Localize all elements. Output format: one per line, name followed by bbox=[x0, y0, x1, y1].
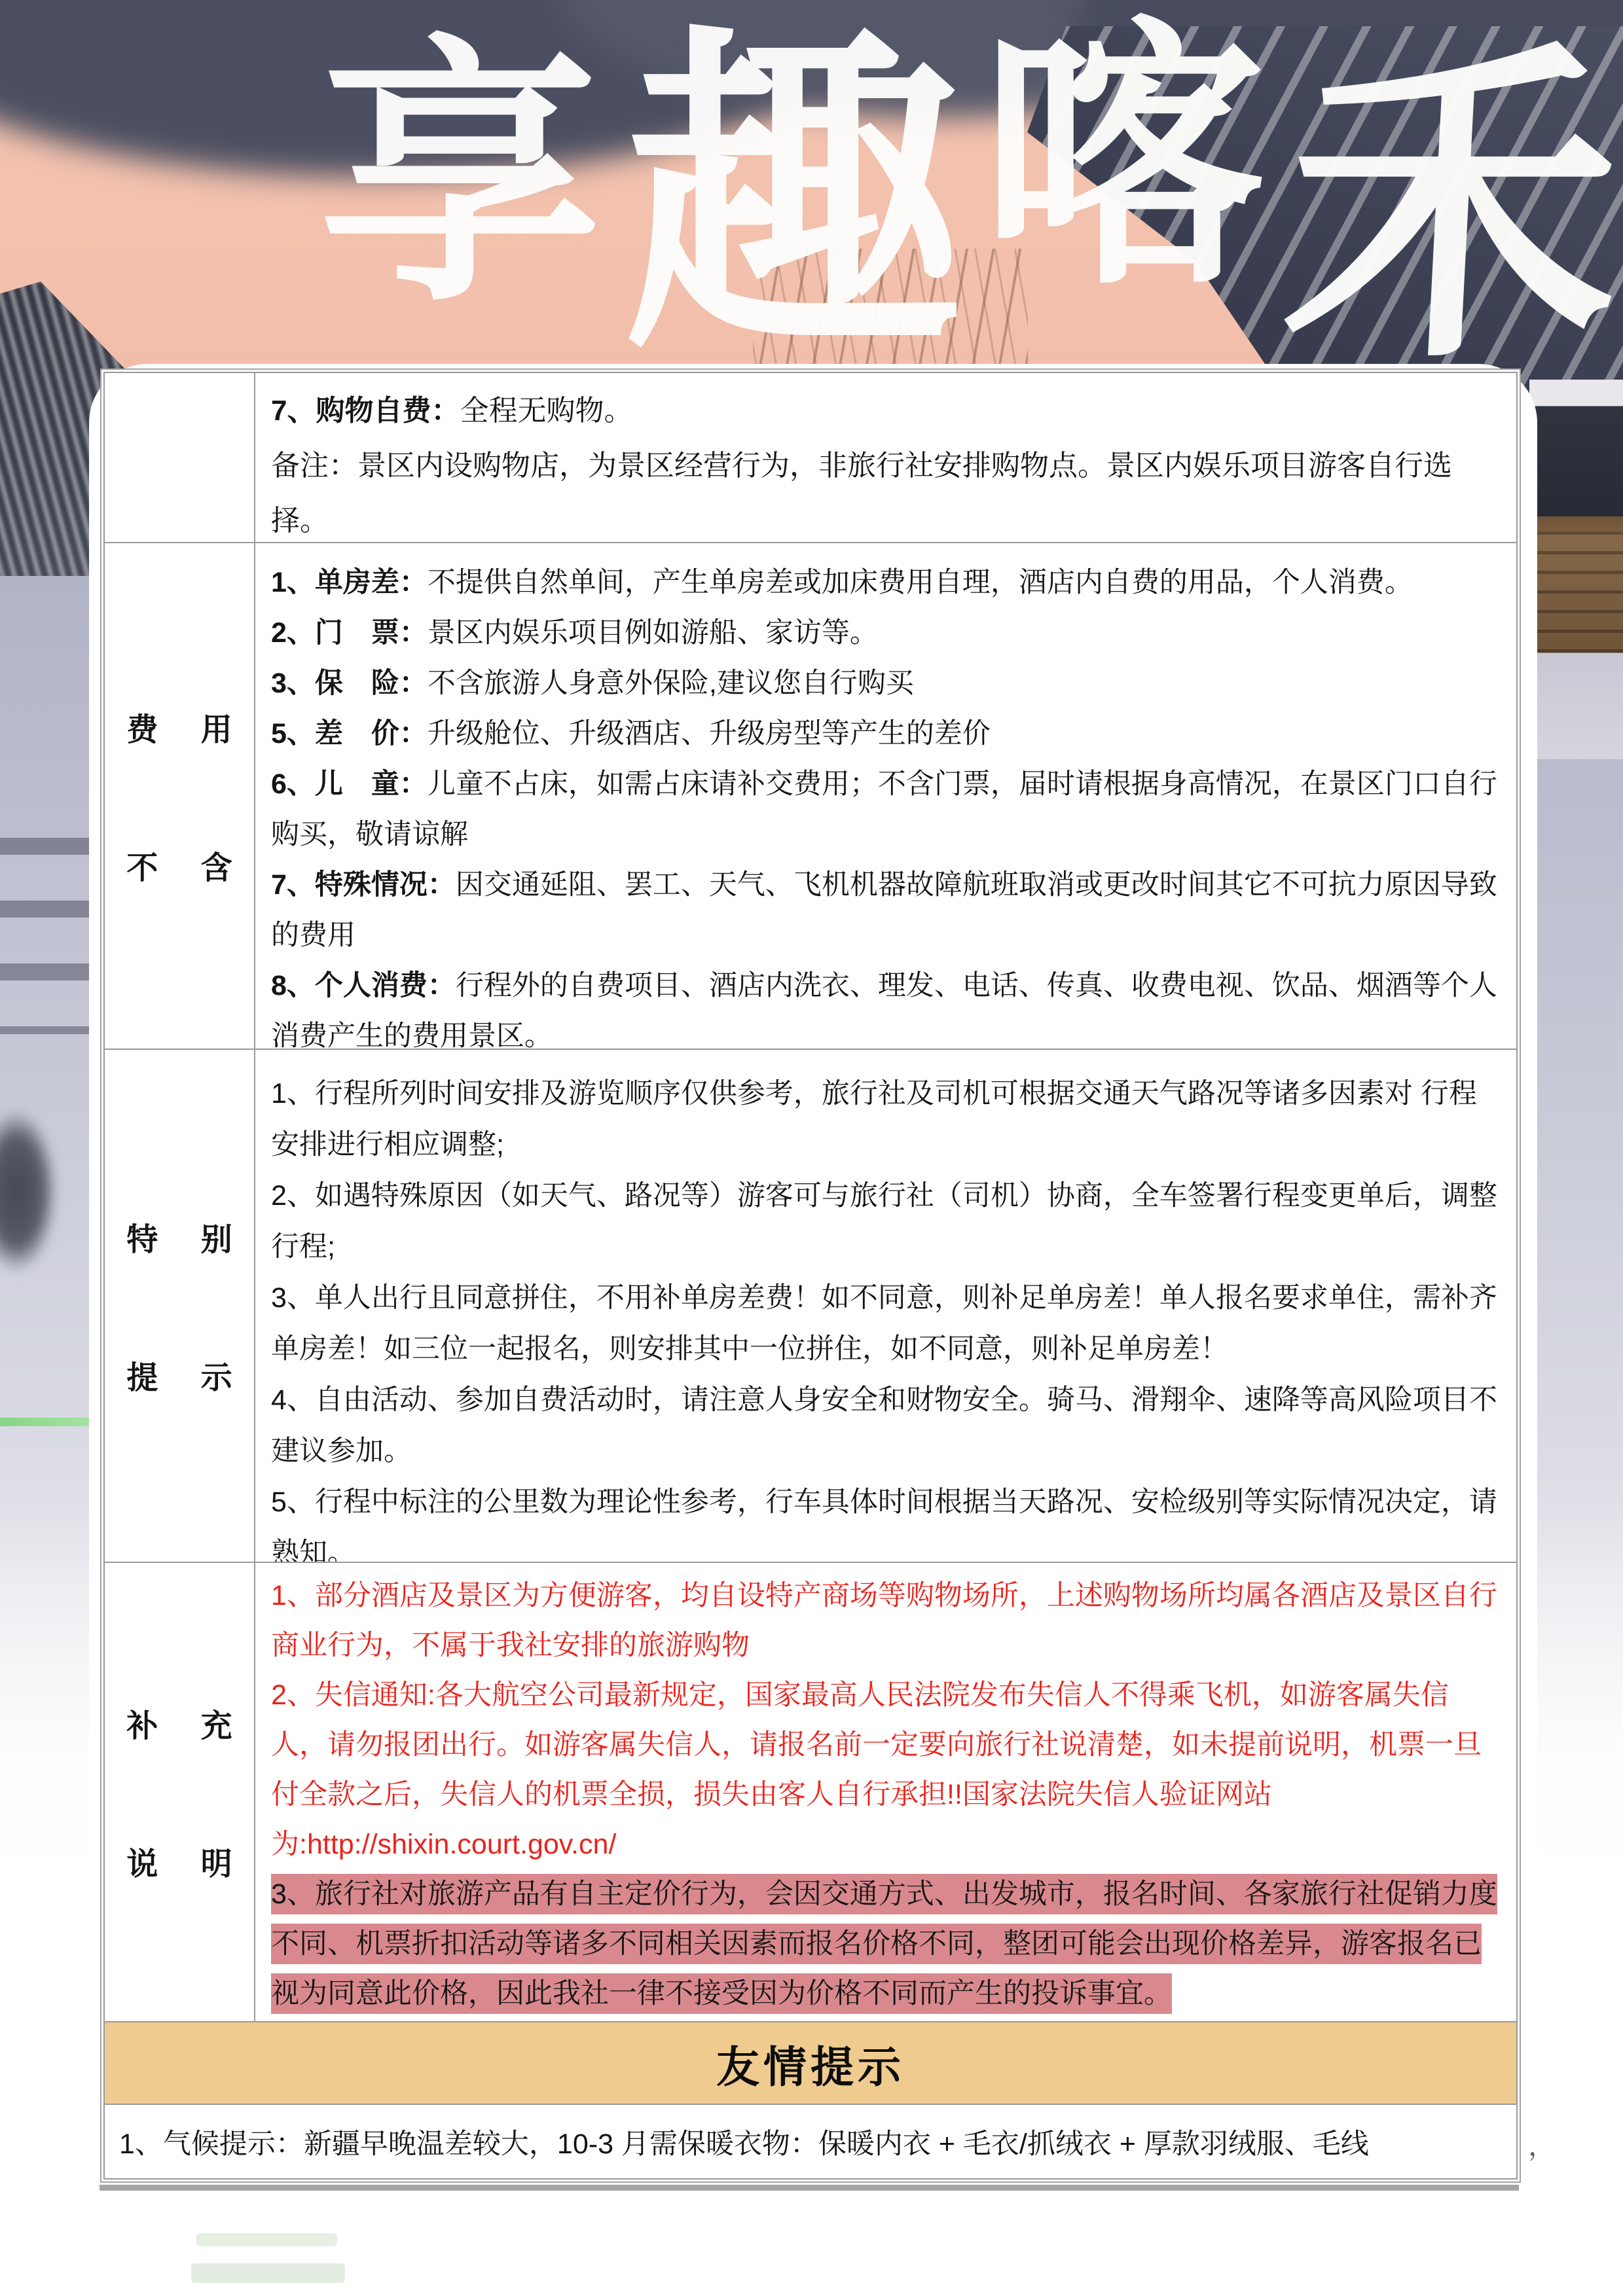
fee-item-text: 儿童不占床，如需占床请补交费用；不含门票，届时请根据身高情况，在景区门口自行购买… bbox=[271, 768, 1497, 850]
fees-excluded-cell: 1、单房差：不提供自然单间，产生单房差或加床费用自理，酒店内自费的用品，个人消费… bbox=[255, 543, 1516, 1049]
fee-item-text: 行程外的自费项目、酒店内洗衣、理发、电话、传真、收费电视、饮品、烟酒等个人消费产… bbox=[271, 970, 1497, 1049]
supplementary-header-line1: 补 充 bbox=[126, 1700, 232, 1746]
fees-excluded-header-line1: 费 用 bbox=[126, 704, 232, 749]
tip-item: 1、行程所列时间安排及游览顺序仅供参考，旅行社及司机可根据交通天气路况等诸多因素… bbox=[271, 1068, 1499, 1170]
title-char-4: 禾 bbox=[1277, 43, 1623, 376]
supplementary-header: 补 充 说 明 bbox=[105, 1563, 255, 2021]
stray-comma-mark: ， bbox=[1528, 2125, 1556, 2164]
fee-item-label: 6、儿 童： bbox=[271, 768, 428, 800]
friendly-tips-banner: 友情提示 bbox=[105, 2021, 1516, 2104]
shopping-label: 7、购物自费： bbox=[271, 395, 460, 427]
shopping-item: 7、购物自费：全程无购物。 bbox=[271, 384, 1499, 439]
faint-watermark-streak bbox=[196, 2233, 337, 2246]
supplementary-item-3: 3、旅行社对旅游产品有自主定价行为，会因交通方式、出发城市，报名时间、各家旅行社… bbox=[271, 1869, 1499, 2018]
shixin-court-url[interactable]: http://shixin.court.gov.cn/ bbox=[307, 1829, 616, 1860]
table-row-fees-excluded: 费 用 不 含 1、单房差：不提供自然单间，产生单房差或加床费用自理，酒店内自费… bbox=[105, 542, 1516, 1049]
faint-watermark-streak bbox=[191, 2263, 345, 2283]
title-char-2: 趣 bbox=[623, 27, 964, 368]
fee-item: 3、保 险：不含旅游人身意外保险,建议您自行购买 bbox=[271, 658, 1499, 709]
tip-item: 3、单人出行且同意拼住，不用补单房差费！如不同意，则补足单房差！单人报名要求单住… bbox=[271, 1272, 1499, 1374]
table-row-shopping: 7、购物自费：全程无购物。 备注：景区内设购物店，为景区经营行为，非旅行社安排购… bbox=[105, 373, 1516, 542]
shopping-text: 全程无购物。 bbox=[460, 395, 632, 427]
supplementary-item-2: 2、失信通知:各大航空公司最新规定，国家最高人民法院发布失信人不得乘飞机，如游客… bbox=[271, 1670, 1499, 1869]
fee-item-text: 不含旅游人身意外保险,建议您自行购买 bbox=[428, 668, 914, 699]
fee-item: 2、门 票：景区内娱乐项目例如游船、家访等。 bbox=[271, 608, 1499, 658]
supplementary-header-line2: 说 明 bbox=[126, 1839, 232, 1884]
fee-item: 1、单房差：不提供自然单间，产生单房差或加床费用自理，酒店内自费的用品，个人消费… bbox=[271, 558, 1499, 608]
fee-item-label: 5、差 价： bbox=[271, 718, 428, 749]
fee-item: 6、儿 童：儿童不占床，如需占床请补交费用；不含门票，届时请根据身高情况，在景区… bbox=[271, 759, 1499, 860]
tip-item: 5、行程中标注的公里数为理论性参考，行车具体时间根据当天路况、安检级别等实际情况… bbox=[271, 1477, 1499, 1562]
title-char-3: 喀 bbox=[981, 18, 1262, 300]
title-char-1: 享 bbox=[319, 36, 601, 317]
fee-item-label: 7、特殊情况： bbox=[271, 869, 456, 901]
supplementary-item-1: 1、部分酒店及景区为方便游客，均自设特产商场等购物场所，上述购物场所均属各酒店及… bbox=[271, 1571, 1499, 1670]
fee-item: 7、特殊情况：因交通延阻、罢工、天气、飞机机器故障航班取消或更改时间其它不可抗力… bbox=[271, 860, 1499, 961]
fee-item: 8、个人消费：行程外的自费项目、酒店内洗衣、理发、电话、传真、收费电视、饮品、烟… bbox=[271, 961, 1499, 1049]
special-tips-header-line2: 提 示 bbox=[126, 1352, 232, 1397]
special-tips-header-line1: 特 别 bbox=[126, 1214, 232, 1259]
fee-item: 5、差 价：升级舱位、升级酒店、升级房型等产生的差价 bbox=[271, 709, 1499, 759]
page-title: 享 趣 喀 禾 bbox=[319, 0, 1620, 376]
pricing-highlight: 3、旅行社对旅游产品有自主定价行为，会因交通方式、出发城市，报名时间、各家旅行社… bbox=[271, 1874, 1497, 2014]
shopping-cell: 7、购物自费：全程无购物。 备注：景区内设购物店，为景区经营行为，非旅行社安排购… bbox=[255, 373, 1516, 542]
row-header-empty bbox=[105, 373, 255, 542]
friendly-tips-title: 友情提示 bbox=[716, 2032, 905, 2094]
wooden-cabin bbox=[1529, 380, 1623, 759]
fee-item-text: 因交通延阻、罢工、天气、飞机机器故障航班取消或更改时间其它不可抗力原因导致的费用 bbox=[271, 869, 1497, 951]
fee-item-text: 景区内娱乐项目例如游船、家访等。 bbox=[428, 617, 878, 649]
fee-item-text: 升级舱位、升级酒店、升级房型等产生的差价 bbox=[428, 718, 991, 749]
supplementary-cell: 1、部分酒店及景区为方便游客，均自设特产商场等购物场所，上述购物场所均属各酒店及… bbox=[255, 1563, 1516, 2021]
fee-item-label: 3、保 险： bbox=[271, 668, 428, 699]
fees-excluded-header-line2: 不 含 bbox=[126, 842, 232, 888]
table-row-special-tips: 特 别 提 示 1、行程所列时间安排及游览顺序仅供参考，旅行社及司机可根据交通天… bbox=[105, 1049, 1516, 1562]
fee-item-label: 1、单房差： bbox=[271, 567, 428, 598]
shopping-note: 备注：景区内设购物店，为景区经营行为，非旅行社安排购物点。景区内娱乐项目游客自行… bbox=[271, 439, 1499, 542]
fees-excluded-header: 费 用 不 含 bbox=[105, 543, 255, 1049]
table-bottom-shadow bbox=[100, 2185, 1519, 2191]
left-margin-fence bbox=[0, 838, 90, 1034]
fee-item-label: 8、个人消费： bbox=[271, 970, 456, 1001]
itinerary-table: 7、购物自费：全程无购物。 备注：景区内设购物店，为景区经营行为，非旅行社安排购… bbox=[103, 372, 1518, 2179]
table-row-climate-tip: 1、气候提示：新疆早晚温差较大，10-3 月需保暖衣物：保暖内衣 + 毛衣/抓绒… bbox=[105, 2104, 1516, 2178]
tip-item: 4、自由活动、参加自费活动时，请注意人身安全和财物安全。骑马、滑翔伞、速降等高风… bbox=[271, 1374, 1499, 1477]
special-tips-cell: 1、行程所列时间安排及游览顺序仅供参考，旅行社及司机可根据交通天气路况等诸多因素… bbox=[255, 1050, 1516, 1562]
fee-item-label: 2、门 票： bbox=[271, 617, 428, 649]
green-streak bbox=[0, 1418, 89, 1426]
left-margin-tree bbox=[0, 1086, 69, 1296]
table-row-supplementary: 补 充 说 明 1、部分酒店及景区为方便游客，均自设特产商场等购物场所，上述购物… bbox=[105, 1562, 1516, 2021]
special-tips-header: 特 别 提 示 bbox=[105, 1050, 255, 1562]
climate-tip-text: 1、气候提示：新疆早晚温差较大，10-3 月需保暖衣物：保暖内衣 + 毛衣/抓绒… bbox=[105, 2122, 1369, 2162]
fee-item-text: 不提供自然单间，产生单房差或加床费用自理，酒店内自费的用品，个人消费。 bbox=[428, 567, 1413, 598]
tip-item: 2、如遇特殊原因（如天气、路况等）游客可与旅行社（司机）协商，全车签署行程变更单… bbox=[271, 1170, 1499, 1272]
